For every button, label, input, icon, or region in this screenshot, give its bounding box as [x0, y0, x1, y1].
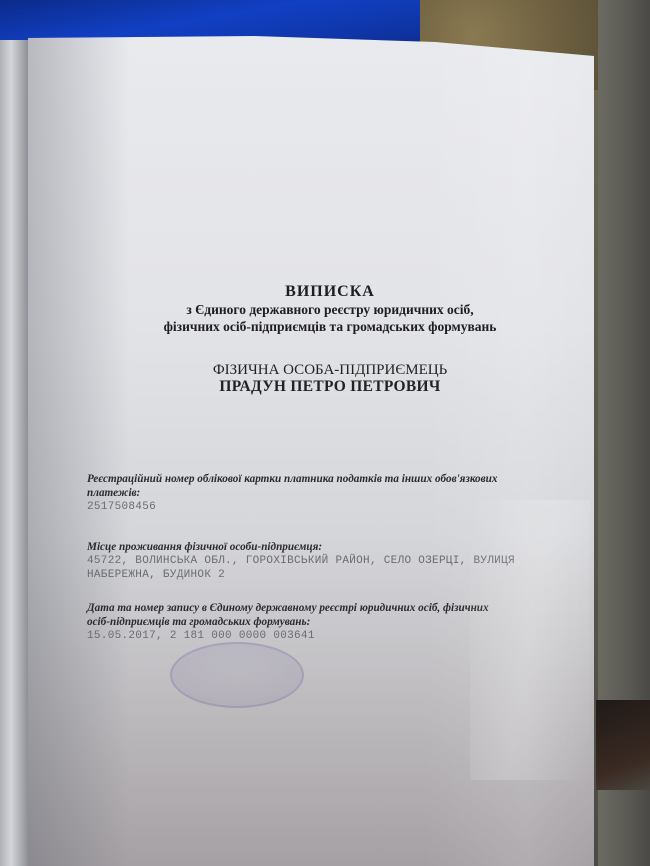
- subject-name: ПРАДУН ПЕТРО ПЕТРОВИЧ: [180, 378, 480, 396]
- plastic-sleeve-glare: [470, 500, 590, 780]
- field-label: Реєстраційний номер облікової картки пла…: [87, 472, 557, 486]
- subject-block: ФІЗИЧНА ОСОБА-ПІДПРИЄМЕЦЬ ПРАДУН ПЕТРО П…: [180, 362, 480, 396]
- document-content: ВИПИСКА з Єдиного державного реєстру юри…: [0, 0, 650, 866]
- field-label: платежів:: [87, 486, 557, 500]
- document-subtitle-line-1: з Єдиного державного реєстру юридичних о…: [130, 301, 530, 318]
- document-subtitle-line-2: фізичних осіб-підприємців та громадських…: [130, 318, 530, 335]
- official-stamp: [170, 642, 304, 708]
- document-title: ВИПИСКА: [130, 283, 530, 301]
- subject-type: ФІЗИЧНА ОСОБА-ПІДПРИЄМЕЦЬ: [180, 362, 480, 379]
- document-header: ВИПИСКА з Єдиного державного реєстру юри…: [130, 283, 530, 335]
